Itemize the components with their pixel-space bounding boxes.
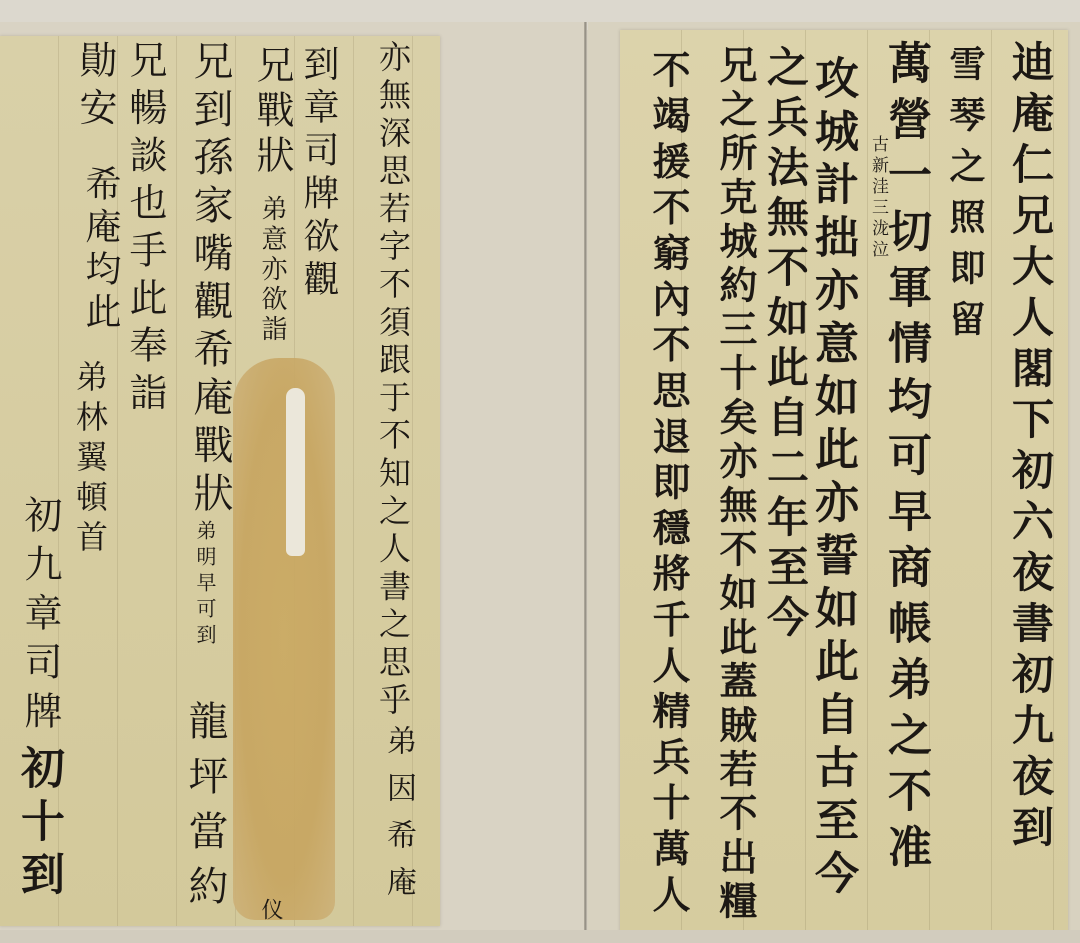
letter-column-3: 萬營一切軍情均可早商帳弟之不准 bbox=[883, 40, 927, 880]
letter-column-5: 之兵法無不如此自二年至今 bbox=[764, 45, 806, 645]
letter-column-7: 不竭援不窮內不思退即穩將千人精兵十萬人 bbox=[649, 50, 687, 920]
letter-column-2: 雪琴之照即留 bbox=[947, 45, 983, 351]
letter-column-10-head: 兄戰狀 bbox=[253, 45, 291, 180]
letter-column-12: 兄暢談也手此奉詣 bbox=[126, 40, 164, 420]
signature: 弟林翼頓首 bbox=[74, 360, 106, 560]
paper-tear bbox=[286, 388, 305, 556]
letter-column-8: 亦無深思若字不須跟于不知之人書之思乎 bbox=[377, 40, 409, 720]
bottom-margin bbox=[0, 930, 1080, 943]
letter-column-1-salutation: 迪庵仁兄大人閣下初六夜書初九夜到 bbox=[1009, 40, 1051, 856]
letter-column-11-note: 弟明早可到 bbox=[195, 520, 215, 650]
date-note: 初九章司牌 bbox=[21, 495, 59, 740]
interlinear-annotation: 古新洼三泷泣 bbox=[869, 135, 886, 261]
letter-column-8-tail: 弟因希庵 bbox=[383, 725, 413, 913]
letter-column-6: 兄之所克城約三十矣亦無不如此蓋賊若不出糧 bbox=[716, 45, 754, 925]
arrival-note: 初十到 bbox=[16, 745, 60, 904]
water-stain bbox=[233, 358, 335, 920]
center-fold bbox=[584, 22, 587, 943]
letter-column-11-head: 兄到孫家嘴觀希庵戰狀 bbox=[190, 40, 230, 520]
letter-column-4: 攻城計拙亦意如此亦誓如此自古至今 bbox=[810, 55, 854, 903]
closing-greeting: 勛安 bbox=[76, 40, 114, 135]
letter-column-11-tail: 龍坪當約 bbox=[185, 700, 225, 920]
regards-to-xian: 希庵均此 bbox=[82, 165, 118, 335]
letter-column-9: 到章司牌欲觀 bbox=[300, 45, 336, 303]
margin-mark: 仪 bbox=[259, 898, 281, 920]
letter-column-10-tail: 弟意亦欲詣 bbox=[259, 195, 285, 345]
